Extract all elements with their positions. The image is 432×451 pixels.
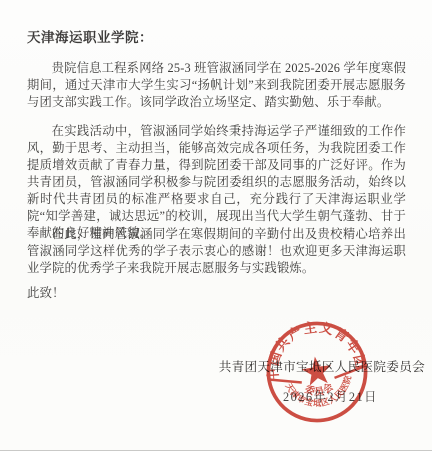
paragraph-thanks: 在此，谨向管淑涵同学在寒假期间的辛勤付出及贵校精心培养出管淑涵同学这样优秀的学子… (27, 226, 406, 277)
paragraph-performance: 在实践活动中，管淑涵同学始终秉持海运学子严谨细致的工作作风，勤于思考、主动担当，… (27, 123, 406, 242)
seal-star-icon (300, 355, 333, 387)
recipient-line: 天津海运职业学院： (27, 26, 153, 46)
paragraph-intro: 贵院信息工程系网络 25-3 班管淑涵同学在 2025-2026 学年度寒假期间… (27, 60, 406, 111)
official-seal: 中国共产主义青年团 天津市宝坻区人民医院 委员会 (247, 302, 387, 442)
closing-line: 此致！ (27, 283, 65, 301)
letter-page: 天津海运职业学院： 贵院信息工程系网络 25-3 班管淑涵同学在 2025-20… (0, 0, 432, 451)
